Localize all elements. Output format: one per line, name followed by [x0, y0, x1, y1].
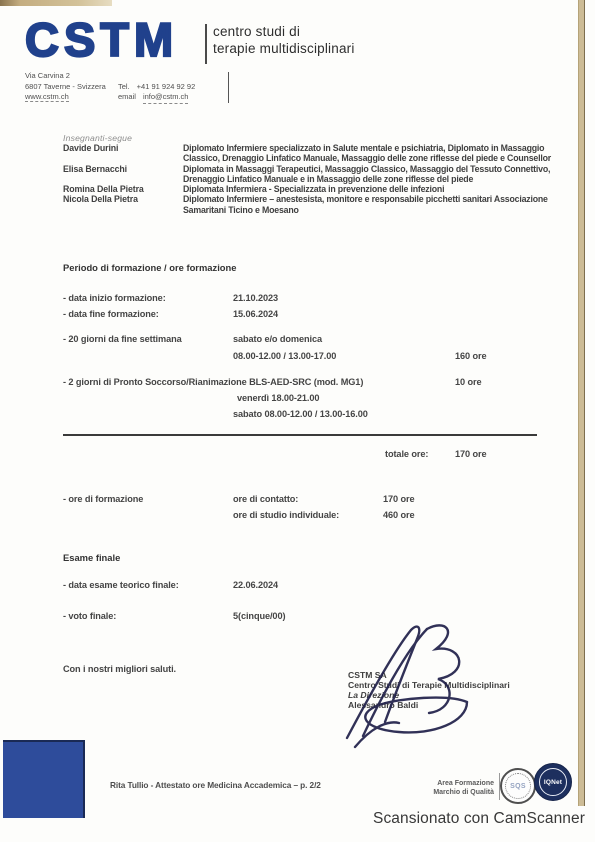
tel-value: +41 91 924 92 92 [137, 82, 196, 93]
website-text: www.cstm.ch [25, 92, 69, 102]
quality-line-1: Area Formazione [420, 780, 494, 789]
teacher-name: Romina Della Pietra [63, 184, 183, 194]
first-aid-label: - 2 giorni di Pronto Soccorso/Rianimazio… [63, 377, 363, 387]
scan-edge-top [0, 0, 112, 6]
teacher-name: Elisa Bernacchi [63, 164, 183, 174]
signature-block: CSTM SA Centro Studi di Terapie Multidis… [348, 670, 510, 710]
final-grade-value: 5(cinque/00) [233, 611, 285, 621]
quality-mark-text: Area Formazione Marchio di Qualità [420, 780, 494, 797]
exam-date-label: - data esame teorico finale: [63, 580, 179, 590]
address-street: Via Carvina 2 [25, 71, 106, 82]
camscanner-credit: Scansionato con CamScanner [373, 810, 585, 828]
weekend-days-value: sabato e/o domenica [233, 334, 322, 344]
selfstudy-hours-label: ore di studio individuale: [233, 510, 339, 520]
sqs-certification-badge-icon: SQS [500, 768, 536, 804]
contact-hours-label: ore di contatto: [233, 494, 298, 504]
address-city: 6807 Taverne - Svizzera [25, 82, 106, 93]
start-date-label: - data inizio formazione: [63, 293, 166, 303]
tagline-line-2: terapie multidisciplinari [213, 41, 355, 58]
exam-section-title: Esame finale [63, 552, 120, 563]
teacher-row: Davide Durini Diplomato Infermiere speci… [63, 143, 558, 164]
blue-square-stamp [3, 740, 85, 818]
email-value: info@cstm.ch [143, 92, 189, 104]
signer-company: CSTM SA [348, 670, 510, 680]
weekend-hours: 08.00-12.00 / 13.00-17.00 [233, 351, 336, 361]
training-hours-label: - ore di formazione [63, 494, 143, 504]
teacher-row: Romina Della Pietra Diplomata Infermiera… [63, 184, 558, 194]
iqnet-certification-badge-icon: IQNet [534, 763, 572, 801]
address-block: Via Carvina 2 6807 Taverne - Svizzera ww… [25, 71, 106, 103]
contact-divider [228, 72, 229, 103]
teachers-section-label: Insegnanti-segue [63, 133, 558, 143]
contact-hours-value: 170 ore [383, 494, 414, 504]
tagline-line-1: centro studi di [213, 24, 355, 41]
end-date-value: 15.06.2024 [233, 309, 278, 319]
weekend-total-hours: 160 ore [455, 351, 486, 361]
first-aid-saturday: sabato 08.00-12.00 / 13.00-16.00 [233, 409, 368, 419]
logo-divider [205, 24, 207, 64]
exam-date-value: 22.06.2024 [233, 580, 278, 590]
scan-edge-right [578, 0, 585, 806]
cstm-logo: CSTM [25, 16, 178, 63]
email-label: email [118, 92, 136, 104]
phone-email-block: Tel. +41 91 924 92 92 email info@cstm.ch [118, 82, 195, 104]
signer-company-full: Centro Studi di Terapie Multidisciplinar… [348, 680, 510, 690]
first-aid-friday: venerdì 18.00-21.00 [237, 393, 319, 403]
end-date-label: - data fine formazione: [63, 309, 159, 319]
start-date-value: 21.10.2023 [233, 293, 278, 303]
first-aid-total-hours: 10 ore [455, 377, 481, 387]
tel-label: Tel. [118, 82, 130, 93]
final-grade-label: - voto finale: [63, 611, 116, 621]
teacher-qualification: Diplomato Infermiere – anestesista, moni… [183, 194, 555, 215]
teacher-qualification: Diplomata Infermiera - Specializzata in … [183, 184, 555, 194]
total-divider-line [63, 434, 537, 436]
logo-tagline: centro studi di terapie multidisciplinar… [213, 24, 355, 57]
footer-reference: Rita Tullio - Attestato ore Medicina Acc… [110, 780, 321, 790]
signer-role: La Direzione [348, 690, 510, 700]
signer-name: Alessandro Baldi [348, 700, 510, 710]
scanned-document-page: CSTM centro studi di terapie multidiscip… [0, 0, 595, 842]
teacher-row: Elisa Bernacchi Diplomata in Massaggi Te… [63, 164, 558, 185]
salutation: Con i nostri migliori saluti. [63, 664, 176, 674]
selfstudy-hours-value: 460 ore [383, 510, 414, 520]
teacher-qualification: Diplomata in Massaggi Terapeutici, Massa… [183, 164, 555, 185]
sqs-badge-label: SQS [510, 783, 526, 790]
total-hours-label: totale ore: [385, 449, 428, 459]
total-hours-value: 170 ore [455, 449, 486, 459]
weekend-days-label: - 20 giorni da fine settimana [63, 334, 182, 344]
iqnet-badge-label: IQNet [544, 779, 562, 786]
teacher-qualification: Diplomato Infermiere specializzato in Sa… [183, 143, 555, 164]
quality-line-2: Marchio di Qualità [420, 789, 494, 798]
teacher-name: Nicola Della Pietra [63, 194, 183, 204]
teacher-name: Davide Durini [63, 143, 183, 153]
training-section-title: Periodo di formazione / ore formazione [63, 262, 236, 273]
teachers-section: Insegnanti-segue Davide Durini Diplomato… [63, 133, 558, 215]
teacher-row: Nicola Della Pietra Diplomato Infermiere… [63, 194, 558, 215]
